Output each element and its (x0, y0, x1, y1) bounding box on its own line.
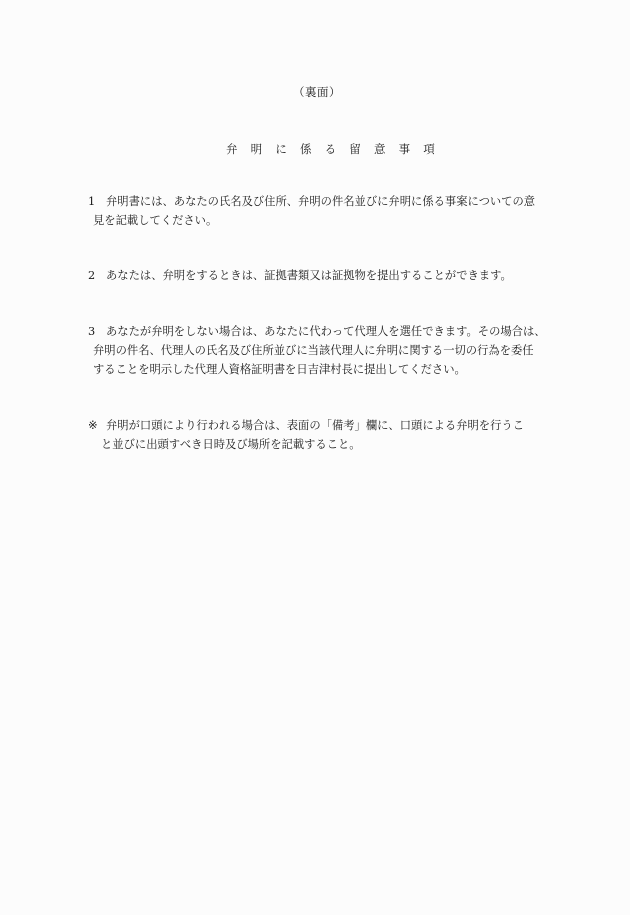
title-char: 弁 (226, 141, 238, 157)
title-char: 項 (423, 141, 435, 157)
item-text: あなたが弁明をしない場合は、あなたに代わって代理人を選任できます。その場合は、 (106, 325, 546, 338)
notice-item-1: 1弁明書には、あなたの氏名及び住所、弁明の件名並びに弁明に係る事案についての意 … (88, 192, 558, 230)
item-line: 1弁明書には、あなたの氏名及び住所、弁明の件名並びに弁明に係る事案についての意 (88, 192, 558, 211)
title-char: 事 (399, 141, 411, 157)
notice-item-2: 2あなたは、弁明をするときは、証拠書類又は証拠物を提出することができます。 (88, 266, 558, 285)
item-text: あなたは、弁明をするときは、証拠書類又は証拠物を提出することができます。 (106, 269, 512, 282)
notice-item-3: 3あなたが弁明をしない場合は、あなたに代わって代理人を選任できます。その場合は、… (88, 322, 558, 379)
note-line: と並びに出頭すべき日時及び場所を記載すること。 (88, 435, 558, 454)
item-line: 見を記載してください。 (88, 211, 558, 230)
item-number: 3 (88, 322, 106, 341)
item-number: 2 (88, 266, 106, 285)
item-line: 3あなたが弁明をしない場合は、あなたに代わって代理人を選任できます。その場合は、 (88, 322, 558, 341)
document-title: 弁 明 に 係 る 留 意 事 項 (226, 141, 435, 157)
item-number: 1 (88, 192, 106, 211)
note-text: 弁明が口頭により行われる場合は、表面の「備考」欄に、口頭による弁明を行うこ (106, 419, 524, 432)
item-line: 2あなたは、弁明をするときは、証拠書類又は証拠物を提出することができます。 (88, 266, 558, 285)
title-char: る (325, 141, 337, 157)
title-char: 明 (251, 141, 263, 157)
item-text: 弁明書には、あなたの氏名及び住所、弁明の件名並びに弁明に係る事案についての意 (106, 195, 535, 208)
title-char: 留 (349, 141, 361, 157)
title-char: に (275, 141, 287, 157)
note-item: ※弁明が口頭により行われる場合は、表面の「備考」欄に、口頭による弁明を行うこ と… (88, 416, 558, 454)
title-char: 意 (374, 141, 386, 157)
title-char: 係 (300, 141, 312, 157)
note-line: ※弁明が口頭により行われる場合は、表面の「備考」欄に、口頭による弁明を行うこ (88, 416, 558, 435)
item-line: 弁明の件名、代理人の氏名及び住所並びに当該代理人に弁明に関する一切の行為を委任 (88, 341, 558, 360)
reverse-side-label: （裏面） (293, 84, 341, 100)
document-page: （裏面） 弁 明 に 係 る 留 意 事 項 1弁明書には、あなたの氏名及び住所… (0, 0, 630, 915)
reference-mark-icon: ※ (88, 416, 106, 435)
item-line: することを明示した代理人資格証明書を日吉津村長に提出してください。 (88, 360, 558, 379)
